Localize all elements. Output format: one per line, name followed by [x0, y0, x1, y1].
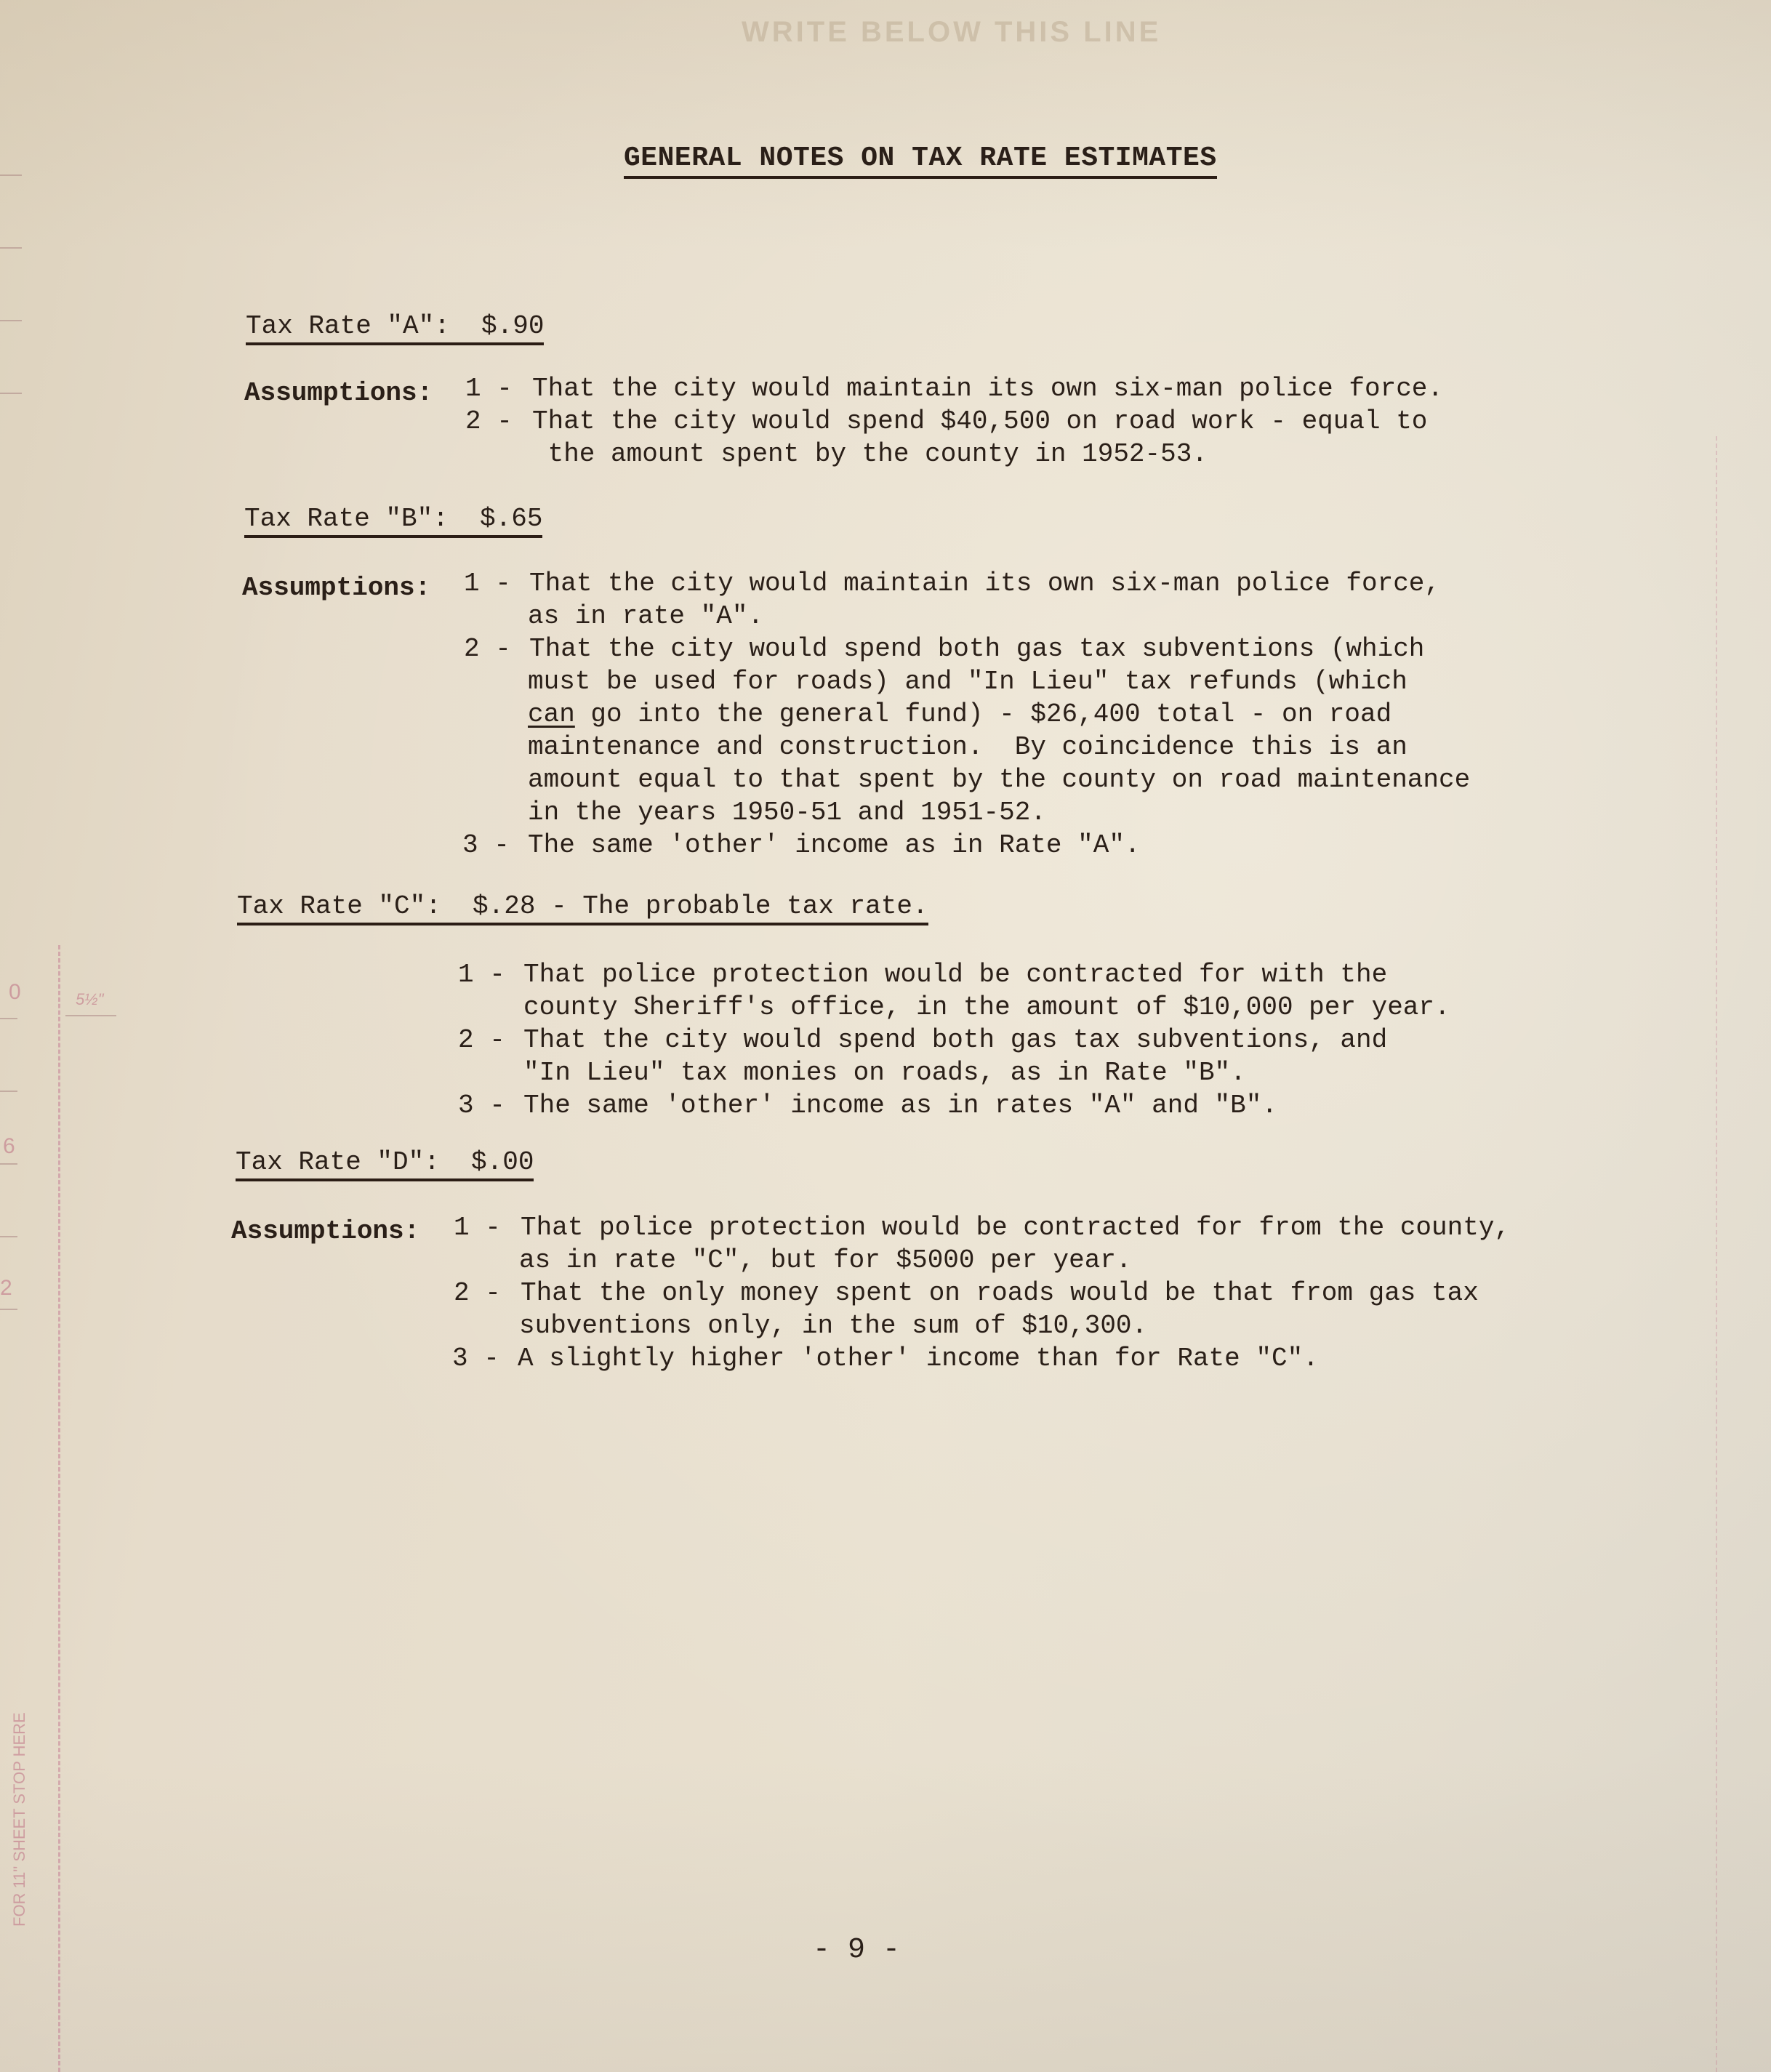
assumption-number: 1 -: [465, 372, 513, 405]
section-heading-rate-d: Tax Rate "D": $.00: [236, 1147, 534, 1181]
ruler-tick: [0, 1018, 17, 1019]
assumption-text-line: can go into the general fund) - $26,400 …: [528, 698, 1391, 731]
ruler-tick: [0, 247, 22, 249]
margin-stop-note: FOR 11" SHEET STOP HERE: [10, 1712, 29, 1927]
ruler-digit: 0: [9, 980, 21, 1005]
page-number: - 9 -: [813, 1934, 900, 1967]
assumption-number: 2 -: [454, 1277, 501, 1309]
ruler-tick: [0, 320, 22, 321]
assumption-number: 2 -: [464, 633, 511, 665]
margin-guide-line: [58, 945, 60, 2072]
ruler-tick: [0, 1163, 17, 1165]
section-heading-rate-b: Tax Rate "B": $.65: [244, 504, 542, 538]
assumption-number: 3 -: [458, 1089, 505, 1122]
assumption-text: must be used for roads) and "In Lieu" ta…: [528, 665, 1407, 698]
assumption-text: That police protection would be contract…: [523, 958, 1387, 991]
assumption-text: That the city would spend $40,500 on roa…: [532, 405, 1427, 438]
section-heading-rate-c: Tax Rate "C": $.28 - The probable tax ra…: [237, 891, 928, 925]
assumption-text: go into the general fund) - $26,400 tota…: [590, 699, 1391, 729]
assumptions-label: Assumptions:: [244, 378, 433, 408]
assumption-number: 1 -: [464, 567, 511, 600]
show-through-header-text: WRITE BELOW THIS LINE: [742, 16, 1161, 49]
ruler-tick: [0, 1309, 17, 1310]
ruler-tick: [0, 1236, 17, 1237]
assumption-text: The same 'other' income as in rates "A" …: [523, 1089, 1277, 1122]
assumption-text: That police protection would be contract…: [521, 1211, 1510, 1244]
ruler-tick: [0, 393, 22, 394]
ruler-digit: 2: [0, 1276, 12, 1301]
assumption-text: That the only money spent on roads would…: [521, 1277, 1479, 1309]
assumption-number: 2 -: [465, 405, 513, 438]
assumption-text: That the city would maintain its own six…: [529, 567, 1440, 600]
assumptions-label: Assumptions:: [231, 1216, 419, 1246]
ruler-digit: 6: [3, 1134, 15, 1159]
assumption-text: That the city would maintain its own six…: [532, 372, 1443, 405]
right-guide-line: [1716, 436, 1717, 2072]
margin-fraction-mark: 5½": [76, 990, 103, 1009]
assumption-text: That the city would spend both gas tax s…: [523, 1024, 1387, 1056]
assumptions-label: Assumptions:: [242, 573, 430, 603]
assumption-text: as in rate "C", but for $5000 per year.: [519, 1244, 1132, 1277]
assumption-number: 1 -: [458, 958, 505, 991]
assumption-text: That the city would spend both gas tax s…: [529, 633, 1424, 665]
assumption-text: the amount spent by the county in 1952-5…: [532, 438, 1208, 470]
assumption-text: "In Lieu" tax monies on roads, as in Rat…: [523, 1056, 1246, 1089]
assumption-text: in the years 1950-51 and 1951-52.: [528, 796, 1046, 829]
section-heading-rate-a: Tax Rate "A": $.90: [246, 311, 544, 345]
assumption-text: amount equal to that spent by the county…: [528, 763, 1470, 796]
assumption-text: maintenance and construction. By coincid…: [528, 731, 1407, 763]
underlined-word: can: [528, 699, 575, 729]
assumption-text: as in rate "A".: [528, 600, 763, 633]
assumption-number: 2 -: [458, 1024, 505, 1056]
assumption-number: 1 -: [454, 1211, 501, 1244]
ruler-tick: [0, 174, 22, 176]
assumption-number: 3 -: [462, 829, 510, 862]
assumption-text: The same 'other' income as in Rate "A".: [528, 829, 1141, 862]
document-title: GENERAL NOTES ON TAX RATE ESTIMATES: [624, 142, 1217, 179]
margin-guide-tick: [65, 1015, 116, 1016]
ruler-tick: [0, 1091, 17, 1092]
assumption-text: A slightly higher 'other' income than fo…: [518, 1342, 1319, 1375]
assumption-text: county Sheriff's office, in the amount o…: [523, 991, 1450, 1024]
assumption-number: 3 -: [452, 1342, 499, 1375]
assumption-text: subventions only, in the sum of $10,300.: [519, 1309, 1147, 1342]
